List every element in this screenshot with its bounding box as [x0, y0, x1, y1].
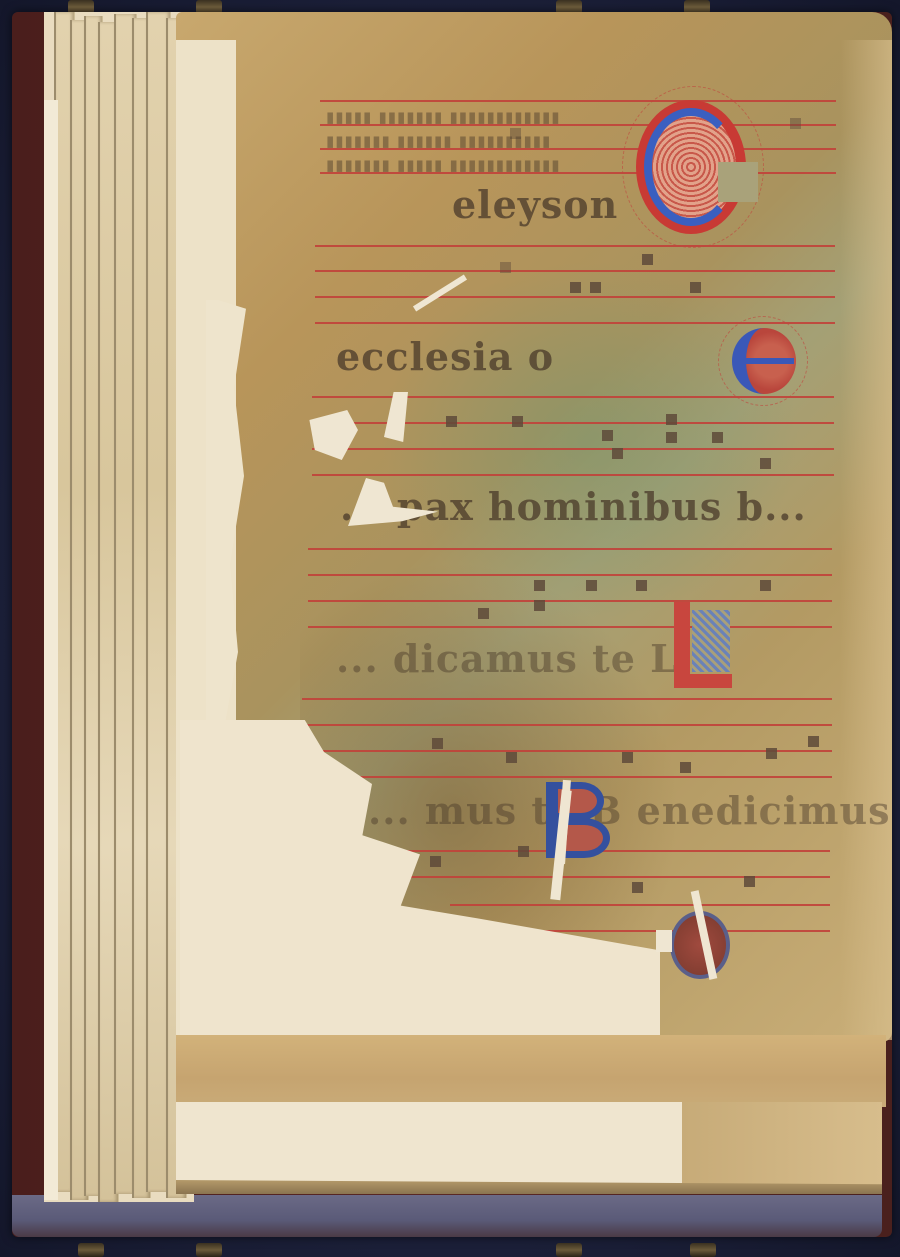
text-line-2: ecclesia o [336, 334, 554, 379]
text-line-4: ... dicamus te L [336, 636, 678, 681]
paper-repair-strip [176, 1102, 682, 1192]
illuminated-initial-b [538, 780, 614, 862]
cradle-peg [556, 1243, 582, 1257]
page-edge-white [44, 100, 58, 1200]
illuminated-initial-e [722, 320, 802, 400]
text-line-1: eleyson [452, 182, 618, 227]
text-line-3: ... pax hominibus b... [340, 484, 807, 529]
parchment-repair-strip [176, 1035, 886, 1107]
page-stack [44, 12, 194, 1202]
cradle-peg [78, 1243, 104, 1257]
cradle-peg [690, 1243, 716, 1257]
cradle-peg [196, 1243, 222, 1257]
text-line-5: ... mus te B enedicimus te [368, 788, 900, 833]
parchment-corner [682, 1102, 882, 1194]
erased-text-block: ▮▮▮▮▮▮▮ ▮▮▮▮▮ ▮▮▮▮▮▮▮▮▮▮▮▮ [326, 156, 561, 174]
crack [656, 930, 672, 952]
erased-text-block: ▮▮▮▮▮▮▮ ▮▮▮▮▮▮ ▮▮▮▮▮▮▮▮▮▮ [326, 132, 551, 150]
illuminated-initial-l [668, 600, 738, 692]
folio-right-edge [840, 40, 892, 1040]
illuminated-initial-g [628, 92, 758, 242]
erased-text-block: ▮▮▮▮▮ ▮▮▮▮▮▮▮ ▮▮▮▮▮▮▮▮▮▮▮▮ [326, 108, 561, 126]
